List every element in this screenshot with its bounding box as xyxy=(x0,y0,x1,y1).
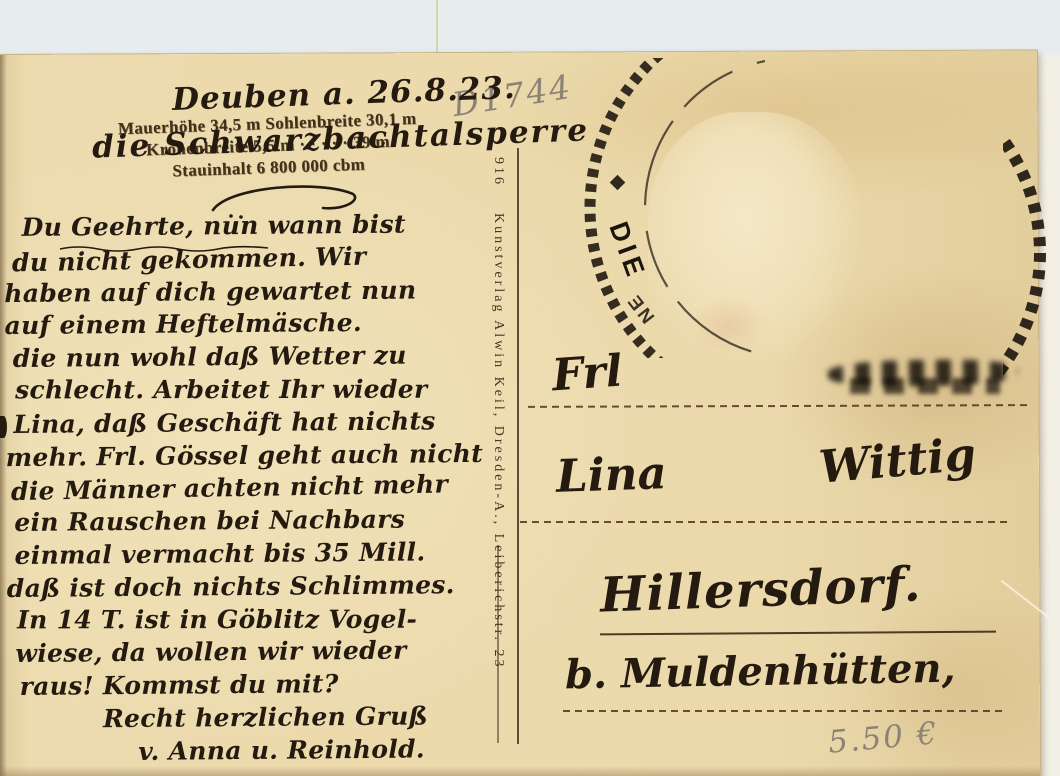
postmark-edge-marks xyxy=(1003,138,1060,393)
message-closing: Recht herzlichen Gruß xyxy=(8,700,486,737)
message-line: ein Rauschen bei Nachbars xyxy=(6,503,484,540)
message-line: daß ist doch nichts Schlimmes. xyxy=(7,569,485,606)
scan-background-top xyxy=(0,0,1060,57)
message-line: In 14 T. ist in Göblitz Vogel- xyxy=(7,603,484,637)
message-line: die nun wohl daß Wetter zu xyxy=(5,339,483,376)
wavy-underline xyxy=(58,244,273,254)
postmark-letters: DIE xyxy=(603,218,652,285)
address-salutation: Frl xyxy=(550,346,624,402)
message-line: raus! Kommst du mit? xyxy=(8,667,486,704)
scan-background-line xyxy=(436,0,438,57)
address-place: Hillersdorf. xyxy=(599,556,922,623)
postcard-photo: D1744 Deuben a. 26.8.23. Mauerhöhe 34,5 … xyxy=(0,0,1060,776)
message-line: Lina, daß Geschäft hat nichts xyxy=(5,405,483,442)
address-name-line: Lina Wittig xyxy=(556,448,976,501)
handwritten-message: Du Geehrte, nun wann bist du nicht gekom… xyxy=(4,208,486,770)
publisher-name: Kunstverlag Alwin Keil, Dresden-A., Leib… xyxy=(491,213,506,670)
message-line: auf einem Heftelmäsche. xyxy=(4,306,482,343)
publisher-imprint: 916Kunstverlag Alwin Keil, Dresden-A., L… xyxy=(490,157,506,742)
address-line-4-rule xyxy=(563,710,1003,712)
message-line: haben auf dich gewartet nun xyxy=(4,274,482,311)
address-line-2-rule xyxy=(520,521,1012,523)
center-divider-line xyxy=(517,148,519,744)
card-number: 916 xyxy=(491,157,506,187)
ink-smudge-2 xyxy=(850,378,1000,394)
address-first-name: Lina xyxy=(555,446,667,503)
address-sub-place: b. Muldenhütten, xyxy=(565,645,956,699)
postmark-stamp: DIE ƎN xyxy=(565,58,765,358)
message-line: wiese, da wollen wir wieder xyxy=(7,634,485,671)
postmark-fragment: ƎN xyxy=(623,292,659,330)
message-line: schlecht. Arbeitet Ihr wieder xyxy=(5,374,482,408)
message-signature: v. Anna u. Reinhold. xyxy=(8,733,486,770)
message-line: einmal vermacht bis 35 Mill. xyxy=(6,536,484,573)
